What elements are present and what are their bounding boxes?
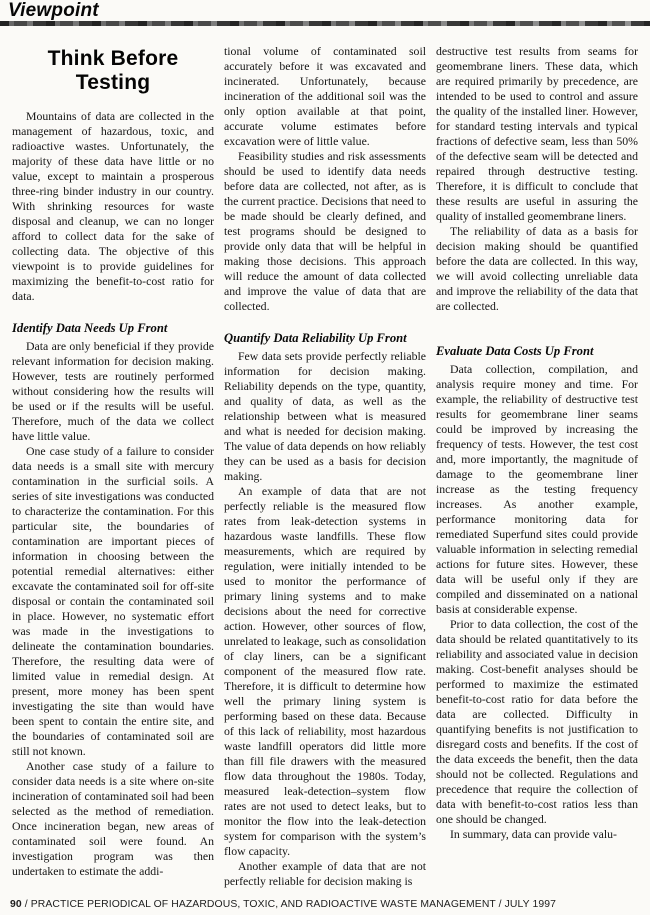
paragraph: Few data sets provide perfectly reliable…	[224, 349, 426, 484]
paragraph: Prior to data collection, the cost of th…	[436, 617, 638, 827]
section-heading-evaluate-data-costs: Evaluate Data Costs Up Front	[436, 344, 638, 359]
section-heading-identify-data-needs: Identify Data Needs Up Front	[12, 321, 214, 336]
journal-page: Viewpoint Think Before Testing Mountains…	[0, 0, 650, 915]
article-title-line2: Testing	[20, 71, 206, 95]
paragraph: The reliability of data as a basis for d…	[436, 224, 638, 314]
paragraph: In summary, data can provide valu-	[436, 827, 638, 842]
paragraph-continuation: tional volume of contaminated soil accur…	[224, 44, 426, 149]
footer-journal-line: / PRACTICE PERIODICAL OF HAZARDOUS, TOXI…	[25, 899, 556, 910]
running-footer: 90 / PRACTICE PERIODICAL OF HAZARDOUS, T…	[10, 899, 650, 910]
paragraph: Data collection, compilation, and analys…	[436, 362, 638, 617]
paragraph: Feasibility studies and risk assessments…	[224, 149, 426, 314]
paragraph-continuation: destructive test results from seams for …	[436, 44, 638, 224]
article-body: Think Before Testing Mountains of data a…	[0, 44, 650, 902]
section-label: Viewpoint	[8, 1, 650, 21]
masthead-rule	[0, 21, 650, 26]
paragraph: Another case study of a failure to consi…	[12, 759, 214, 879]
article-title-line1: Think Before	[20, 47, 206, 71]
column-3: destructive test results from seams for …	[436, 44, 638, 902]
paragraph: Data are only beneficial if they provide…	[12, 339, 214, 444]
paragraph: Another example of data that are not per…	[224, 859, 426, 889]
section-heading-quantify-data-reliability: Quantify Data Reliability Up Front	[224, 331, 426, 346]
article-title: Think Before Testing	[20, 47, 206, 95]
column-1: Think Before Testing Mountains of data a…	[12, 44, 214, 902]
paragraph: An example of data that are not perfectl…	[224, 484, 426, 859]
paragraph-intro: Mountains of data are collected in the m…	[12, 109, 214, 304]
masthead: Viewpoint	[0, 0, 650, 21]
column-2: tional volume of contaminated soil accur…	[224, 44, 426, 902]
footer-page-number: 90	[10, 899, 22, 910]
paragraph: One case study of a failure to consider …	[12, 444, 214, 759]
